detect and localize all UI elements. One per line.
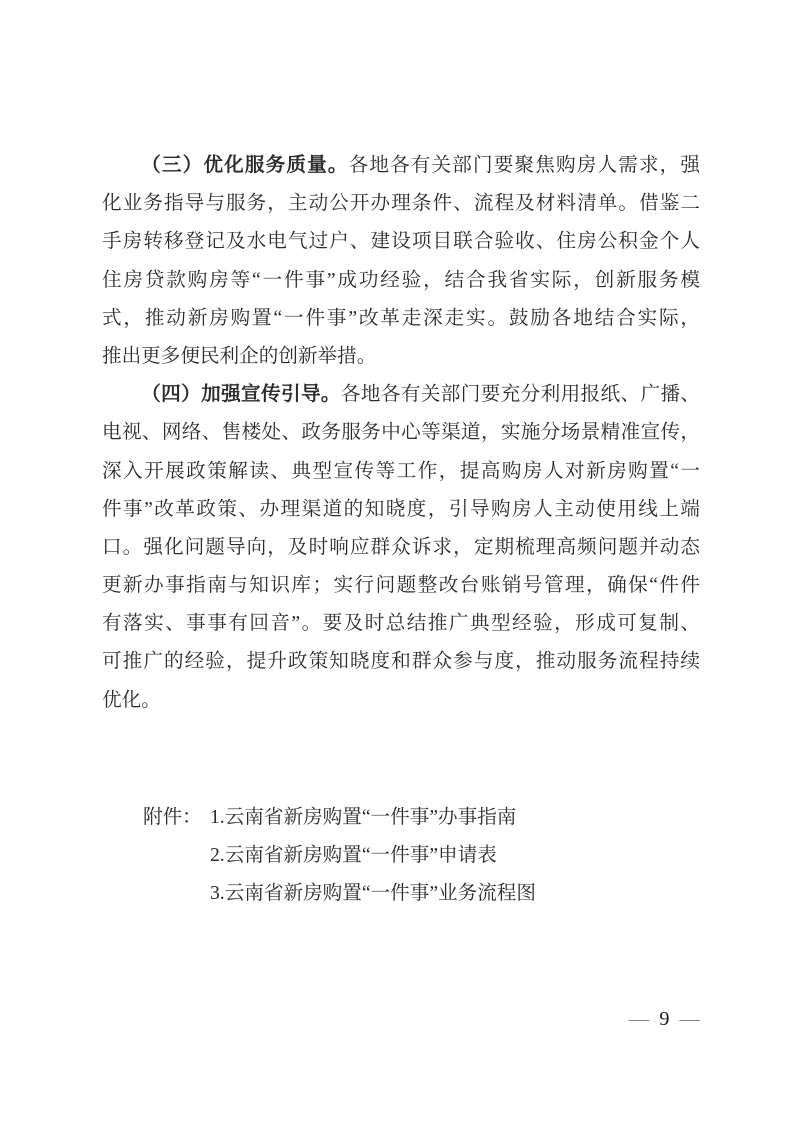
document-body: （三）优化服务质量。各地各有关部门要聚焦购房人需求，强 化业务指导与服务，主动公… <box>102 147 700 913</box>
page-number-value: 9 <box>659 1008 669 1030</box>
attachments-label: 附件： <box>143 799 202 837</box>
text-line: 深入开展政策解读、典型宣传等工作，提高购房人对新房购置“一 <box>102 453 700 491</box>
text-line: 住房贷款购房等“一件事”成功经验，结合我省实际，创新服务模 <box>102 262 700 300</box>
page-number-left-dash: — <box>629 1008 650 1030</box>
paragraph-3-first-line-text: 各地各有关部门要聚焦购房人需求，强 <box>349 155 700 176</box>
text-line: 可推广的经验，提升政策知晓度和群众参与度，推动服务流程持续 <box>102 643 700 681</box>
attachments-block: 附件： 1.云南省新房购置“一件事”办事指南2.云南省新房购置“一件事”申请表3… <box>102 799 700 914</box>
paragraph-3-heading: （三）优化服务质量。 <box>141 155 348 176</box>
attachment-item: 2.云南省新房购置“一件事”申请表 <box>210 837 700 875</box>
text-line: 更新办事指南与知识库；实行问题整改台账销号管理，确保“件件 <box>102 567 700 605</box>
text-line: 手房转移登记及水电气过户、建设项目联合验收、住房公积金个人 <box>102 223 700 261</box>
page-number-right-dash: — <box>680 1008 701 1030</box>
paragraph-3-first-line: （三）优化服务质量。各地各有关部门要聚焦购房人需求，强 <box>102 147 700 185</box>
document-page: （三）优化服务质量。各地各有关部门要聚焦购房人需求，强 化业务指导与服务，主动公… <box>0 0 793 1122</box>
text-line: 优化。 <box>102 682 700 720</box>
paragraph-4-heading: （四）加强宣传引导。 <box>141 384 341 405</box>
text-line: 电视、网络、售楼处、政务服务中心等渠道，实施分场景精准宣传， <box>102 414 700 452</box>
text-line: 有落实、事事有回音”。要及时总结推广典型经验，形成可复制、 <box>102 605 700 643</box>
attachment-item: 1.云南省新房购置“一件事”办事指南 <box>210 799 700 837</box>
attachment-item: 3.云南省新房购置“一件事”业务流程图 <box>210 875 700 913</box>
paragraph-4-first-line: （四）加强宣传引导。各地各有关部门要充分利用报纸、广播、 <box>102 376 700 414</box>
paragraph-4-first-line-text: 各地各有关部门要充分利用报纸、广播、 <box>341 384 700 405</box>
paragraph-section-3: （三）优化服务质量。各地各有关部门要聚焦购房人需求，强 化业务指导与服务，主动公… <box>102 147 700 376</box>
paragraph-4-lines: 电视、网络、售楼处、政务服务中心等渠道，实施分场景精准宣传，深入开展政策解读、典… <box>102 414 700 720</box>
text-line: 化业务指导与服务，主动公开办理条件、流程及材料清单。借鉴二 <box>102 185 700 223</box>
text-line: 件事”改革政策、办理渠道的知晓度，引导购房人主动使用线上端 <box>102 491 700 529</box>
text-line: 口。强化问题导向，及时响应群众诉求，定期梳理高频问题并动态 <box>102 529 700 567</box>
text-line: 推出更多便民利企的创新举措。 <box>102 338 700 376</box>
page-number: —9— <box>629 1006 700 1032</box>
paragraph-section-4: （四）加强宣传引导。各地各有关部门要充分利用报纸、广播、 电视、网络、售楼处、政… <box>102 376 700 720</box>
paragraph-3-lines: 化业务指导与服务，主动公开办理条件、流程及材料清单。借鉴二手房转移登记及水电气过… <box>102 185 700 376</box>
text-line: 式，推动新房购置“一件事”改革走深走实。鼓励各地结合实际， <box>102 300 700 338</box>
